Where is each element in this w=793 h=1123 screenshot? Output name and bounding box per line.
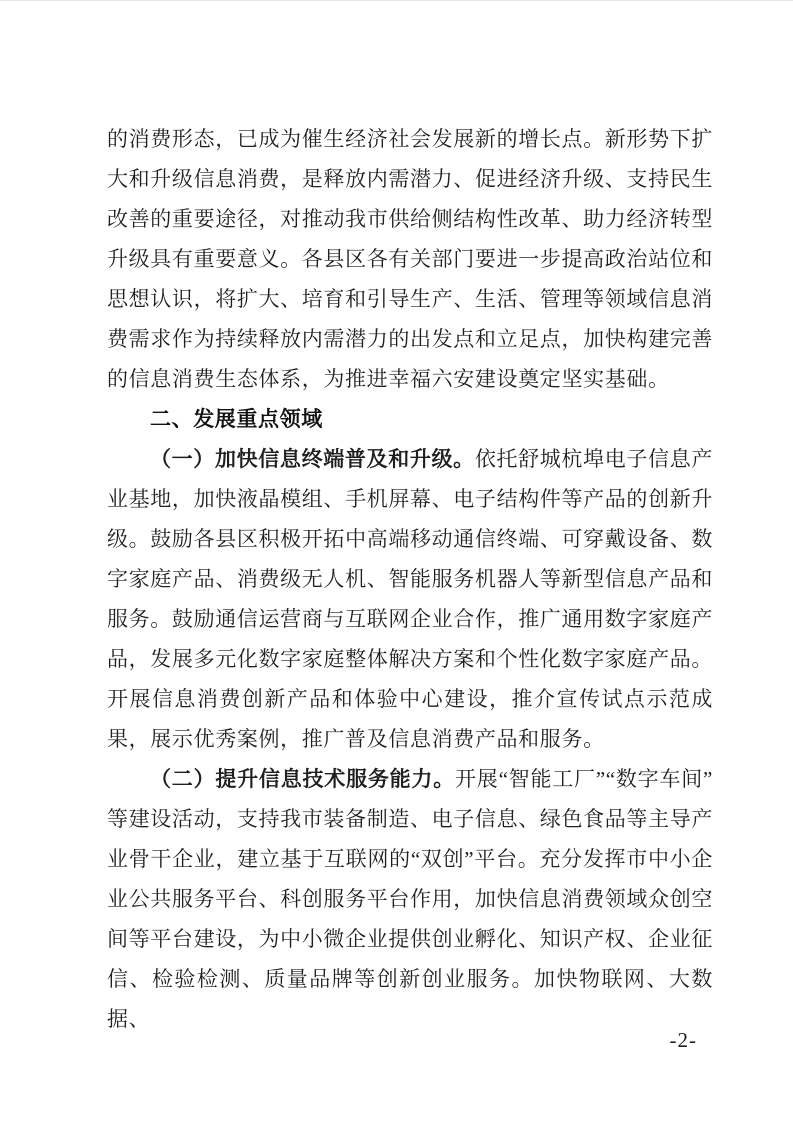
item-2-text: 开展“智能工厂”“数字车间”等建设活动，支持我市装备制造、电子信息、绿色食品等主… — [107, 767, 713, 1031]
intro-paragraph: 的消费形态，已成为催生经济社会发展新的增长点。新形势下扩大和升级信息消费，是释放… — [107, 119, 713, 399]
item-paragraph-2: （二）提升信息技术服务能力。开展“智能工厂”“数字车间”等建设活动，支持我市装备… — [107, 759, 713, 1039]
document-page: 的消费形态，已成为催生经济社会发展新的增长点。新形势下扩大和升级信息消费，是释放… — [0, 0, 793, 1123]
document-body: 的消费形态，已成为催生经济社会发展新的增长点。新形势下扩大和升级信息消费，是释放… — [107, 119, 713, 1039]
item-1-text: 依托舒城杭埠电子信息产业基地，加快液晶模组、手机屏幕、电子结构件等产品的创新升级… — [107, 447, 713, 751]
item-2-title: （二）提升信息技术服务能力。 — [150, 767, 455, 791]
item-paragraph-1: （一）加快信息终端普及和升级。依托舒城杭埠电子信息产业基地，加快液晶模组、手机屏… — [107, 439, 713, 759]
section-heading: 二、发展重点领域 — [107, 399, 713, 439]
item-1-title: （一）加快信息终端普及和升级。 — [150, 447, 475, 471]
page-number: -2- — [0, 1025, 793, 1055]
